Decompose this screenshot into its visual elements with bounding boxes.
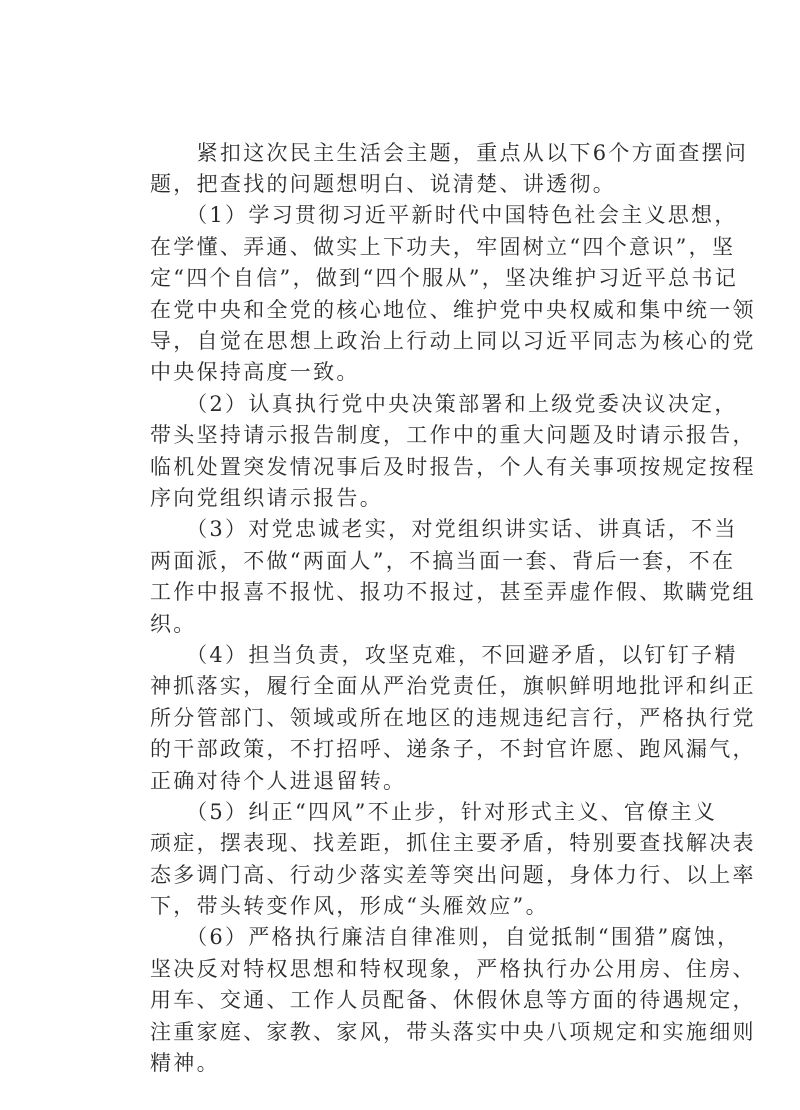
text-line: 两面派，不做“两面人”，不搞当面一套、背后一套，不在 xyxy=(150,546,735,576)
text-line: 神抓落实，履行全面从严治党责任，旗帜鲜明地批评和纠正 xyxy=(150,671,756,701)
text-line: （4）担当负责，攻坚克难，不回避矛盾，以钉钉子精 xyxy=(150,640,738,670)
text-line: 注重家庭、家教、家风，带头落实中央八项规定和实施细则 xyxy=(150,1017,756,1047)
text-line: 精神。 xyxy=(150,1048,220,1078)
text-line: （5）纠正“四风”不止步，针对形式主义、官僚主义 xyxy=(150,797,717,827)
text-line: 在学懂、弄通、做实上下功夫，牢固树立“四个意识”，坚 xyxy=(150,232,735,262)
text-line: 的干部政策，不打招呼、递条子，不封官许愿、跑风漏气， xyxy=(150,734,756,764)
text-line: 态多调门高、行动少落实差等突出问题，身体力行、以上率 xyxy=(150,860,756,890)
text-line: 坚决反对特权思想和特权现象，严格执行办公用房、住房、 xyxy=(150,954,756,984)
text-line: 下，带头转变作风，形成“头雁效应”。 xyxy=(150,891,549,921)
text-line: （3）对党忠诚老实，对党组织讲实话、讲真话，不当 xyxy=(150,514,738,544)
text-line: 序向党组织请示报告。 xyxy=(150,483,383,513)
text-line: 定“四个自信”，做到“四个服从”，坚决维护习近平总书记 xyxy=(150,263,738,293)
text-line: （1）学习贯彻习近平新时代中国特色社会主义思想， xyxy=(150,200,738,230)
text-line: 工作中报喜不报忧、报功不报过，甚至弄虚作假、欺瞒党组 xyxy=(150,577,756,607)
text-line: 中央保持高度一致。 xyxy=(150,357,360,387)
text-line: （2）认真执行党中央决策部署和上级党委决议决定， xyxy=(150,389,738,419)
text-line: 正确对待个人进退留转。 xyxy=(150,766,406,796)
text-line: 带头坚持请示报告制度，工作中的重大问题及时请示报告， xyxy=(150,420,756,450)
text-line: 用车、交通、工作人员配备、休假休息等方面的待遇规定， xyxy=(150,985,756,1015)
text-line: 临机处置突发情况事后及时报告，个人有关事项按规定按程 xyxy=(150,452,756,482)
text-line: 织。 xyxy=(150,609,197,639)
text-line: 顽症，摆表现、找差距，抓住主要矛盾，特别要查找解决表 xyxy=(150,828,756,858)
text-line: 导，自觉在思想上政治上行动上同以习近平同志为核心的党 xyxy=(150,326,756,356)
text-line: （6）严格执行廉洁自律准则，自觉抵制“围猎”腐蚀， xyxy=(150,922,740,952)
text-line: 题，把查找的问题想明白、说清楚、讲透彻。 xyxy=(150,169,616,199)
text-line: 紧扣这次民主生活会主题，重点从以下6个方面查摆问 xyxy=(150,138,748,168)
text-line: 在党中央和全党的核心地位、维护党中央权威和集中统一领 xyxy=(150,295,756,325)
text-line: 所分管部门、领域或所在地区的违规违纪言行，严格执行党 xyxy=(150,703,756,733)
